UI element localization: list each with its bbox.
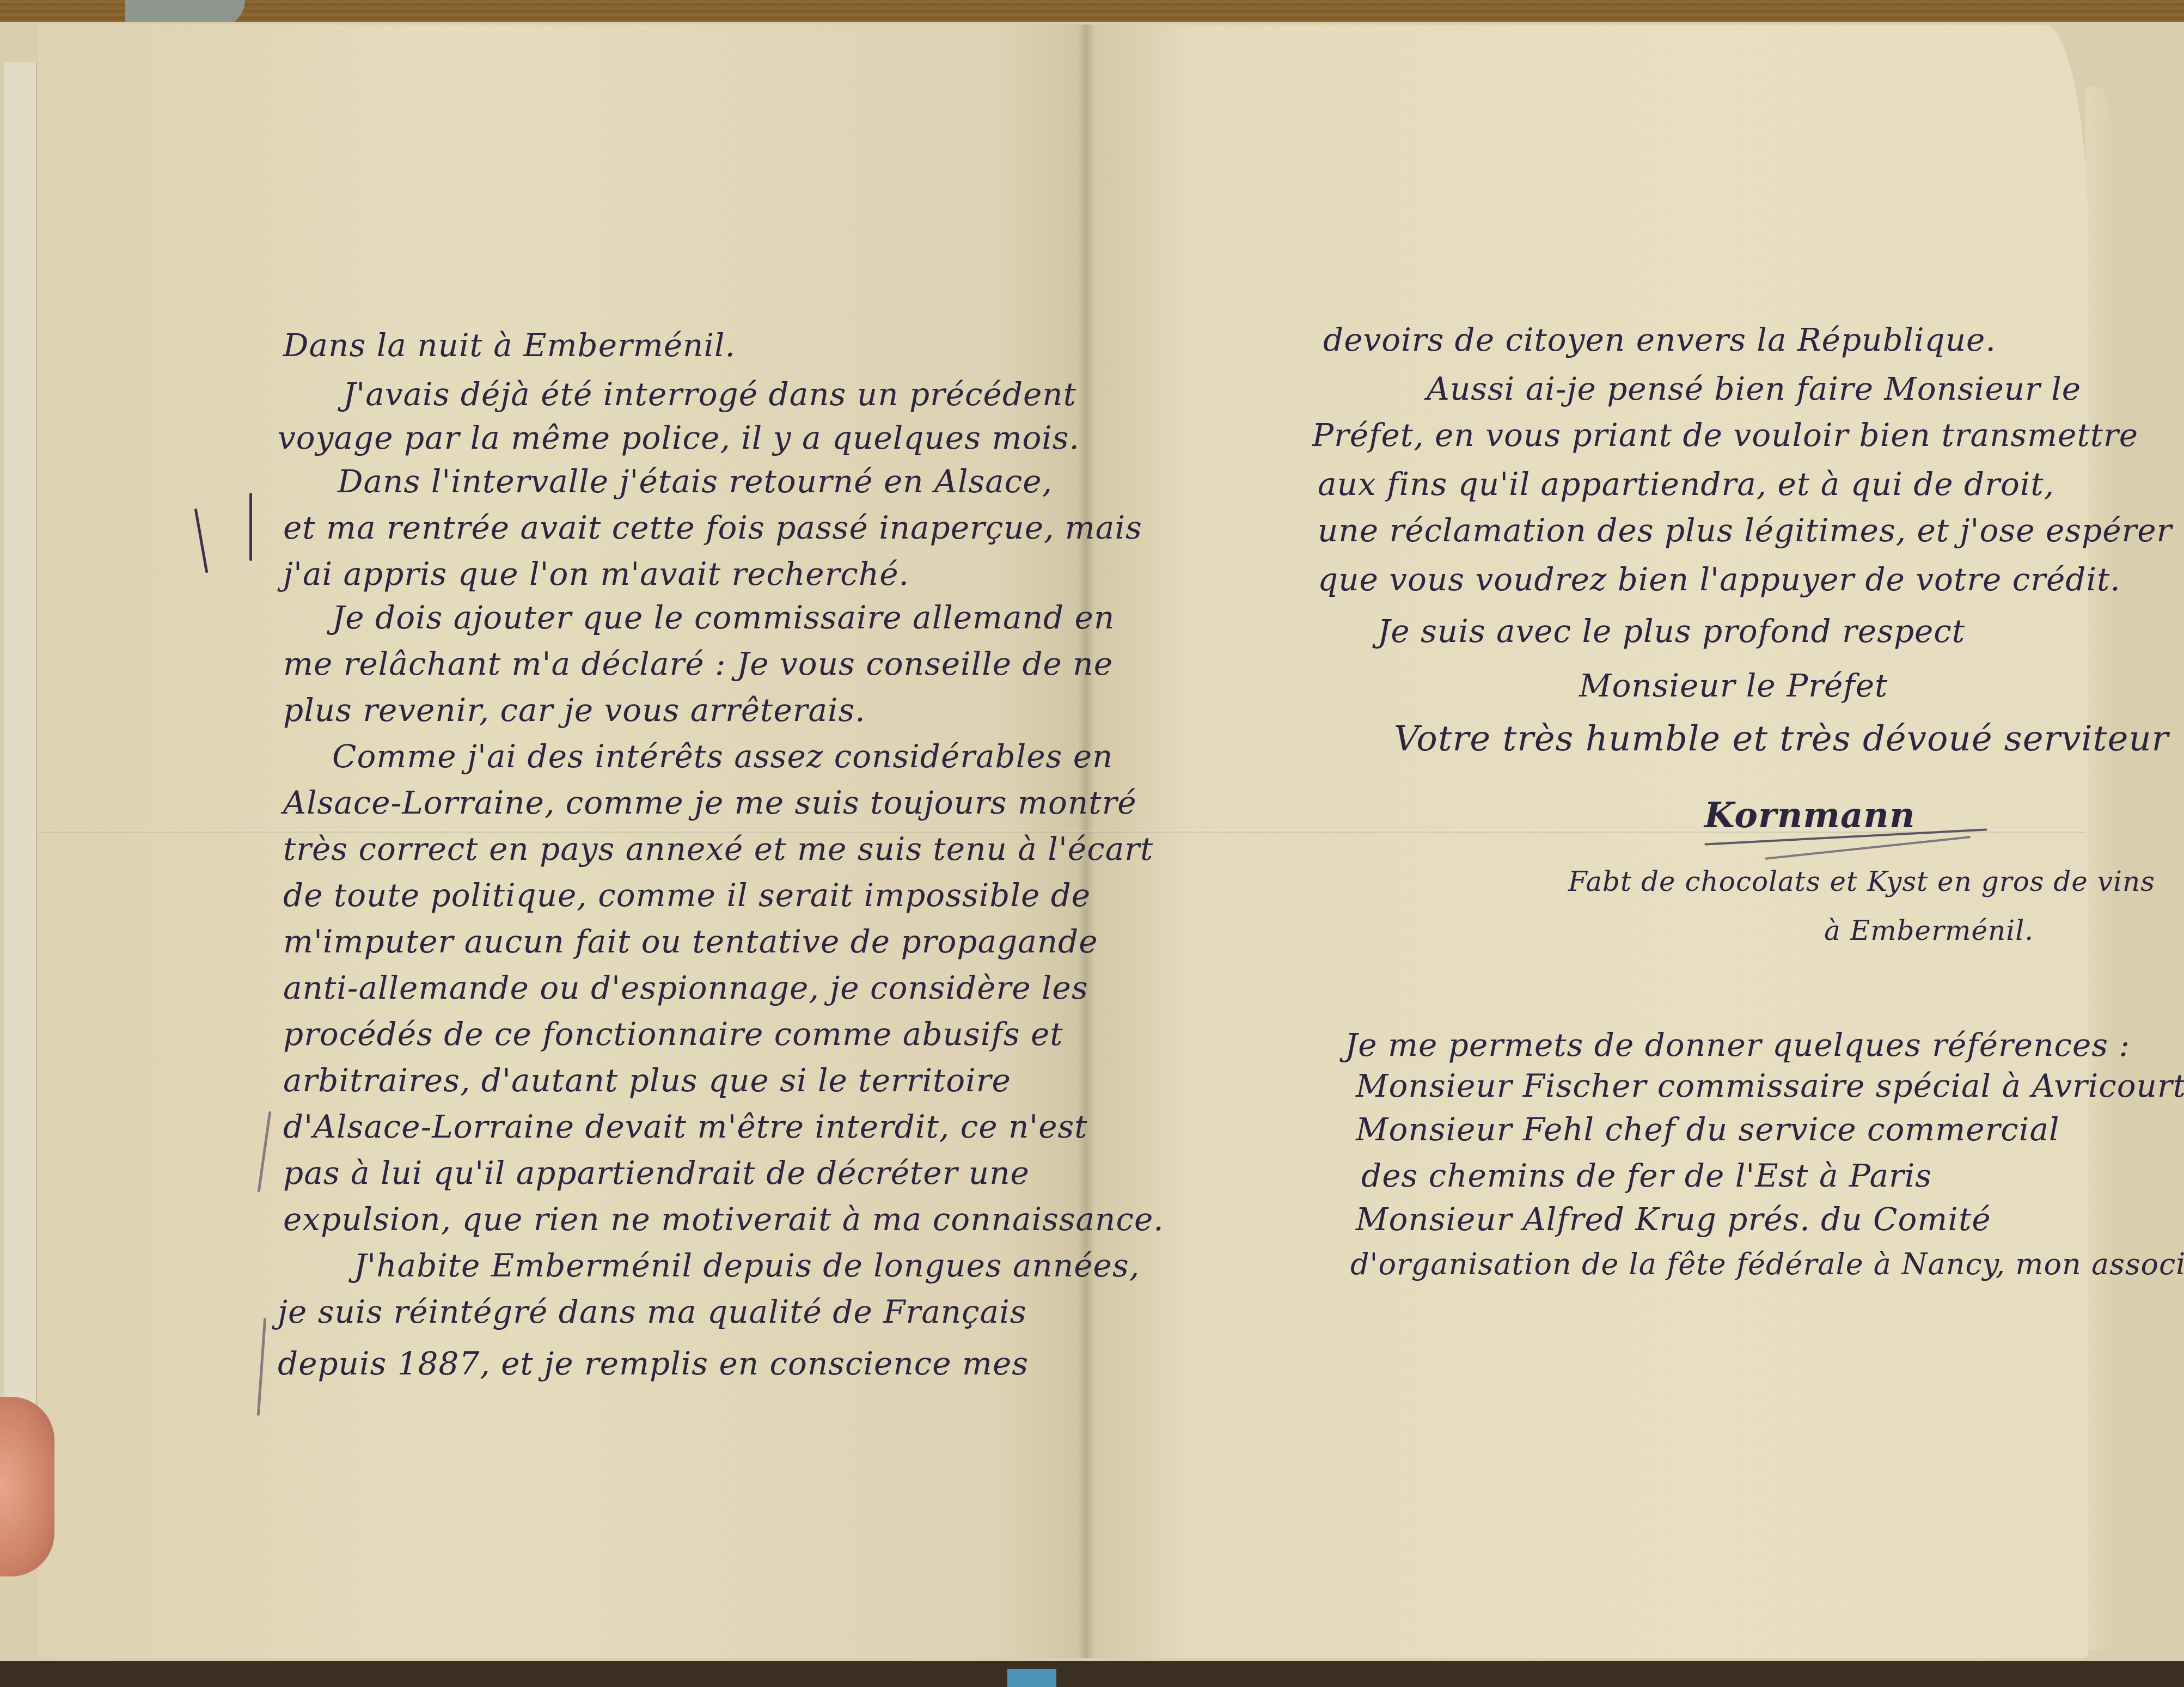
- letter-line: devoirs de citoyen envers la République.: [1323, 321, 1996, 358]
- letter-line: aux fins qu'il appartiendra, et à qui de…: [1318, 466, 2054, 503]
- signature: Kornmann: [1704, 795, 1915, 836]
- reference-line: Monsieur Fischer commissaire spécial à A…: [1356, 1067, 2184, 1104]
- reference-line: Monsieur Alfred Krug prés. du Comité: [1356, 1201, 1991, 1238]
- letter-line: que vous voudrez bien l'appuyer de votre…: [1318, 561, 2121, 598]
- reference-line: des chemins de fer de l'Est à Paris: [1361, 1157, 1932, 1194]
- letter-line: une réclamation des plus légitimes, et j…: [1318, 512, 2172, 549]
- signature-title-line: à Emberménil.: [1824, 915, 2034, 946]
- right-page-text: devoirs de citoyen envers la République.…: [0, 0, 2184, 1687]
- reference-line: Monsieur Fehl chef du service commercial: [1356, 1111, 2060, 1148]
- letter-line: Aussi ai-je pensé bien faire Monsieur le: [1427, 370, 2081, 407]
- letter-line: Je suis avec le plus profond respect: [1378, 613, 1965, 650]
- holding-finger: [0, 1397, 54, 1576]
- letter-line: Monsieur le Préfet: [1579, 667, 1888, 704]
- signature-title-line: Fabt de chocolats et Kyst en gros de vin…: [1568, 866, 2155, 897]
- blue-folder-tab: [1007, 1669, 1056, 1687]
- bottom-shadow: [0, 1661, 2184, 1687]
- letter-line: Votre très humble et très dévoué servite…: [1394, 719, 2169, 759]
- letter-line: Préfet, en vous priant de vouloir bien t…: [1312, 417, 2138, 454]
- reference-line: d'organisation de la fête fédérale à Nan…: [1350, 1247, 2184, 1281]
- references-intro: Je me permets de donner quelques référen…: [1345, 1026, 2130, 1063]
